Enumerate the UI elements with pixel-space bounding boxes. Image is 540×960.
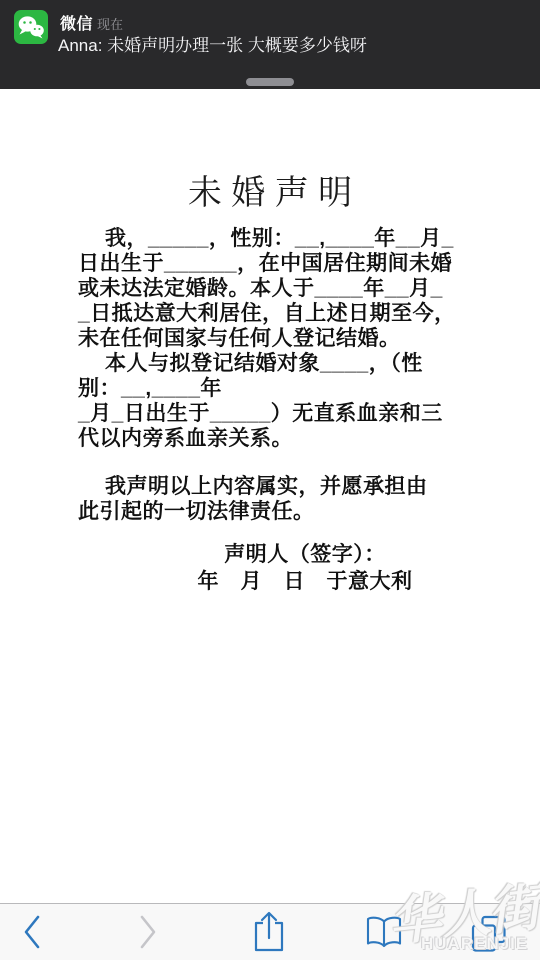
- document-body: 我，_____，性别：__,____年__月_ 日出生于______，在中国居住…: [78, 226, 468, 524]
- document-line: 或未达法定婚龄。本人于____年__月_: [78, 276, 468, 301]
- tabs-icon[interactable]: [470, 914, 508, 952]
- document-line: 我声明以上内容属实，并愿承担由: [78, 474, 468, 499]
- notification-drag-handle[interactable]: [246, 78, 294, 86]
- document-line: 本人与拟登记结婚对象____，（性: [78, 351, 468, 376]
- document-line: 日出生于______，在中国居住期间未婚: [78, 251, 468, 276]
- document-line: 代以内旁系血亲关系。: [78, 426, 468, 451]
- document-page: 未 婚 声 明 我，_____，性别：__,____年__月_ 日出生于____…: [0, 89, 540, 903]
- share-icon[interactable]: [252, 910, 286, 952]
- phone-screen: 微信 现在 Anna: 未婚声明办理一张 大概要多少钱呀 未 婚 声 明 我，_…: [0, 0, 540, 960]
- signature-line: 年 月 日 于意大利: [150, 568, 460, 595]
- back-icon[interactable]: [22, 915, 42, 949]
- document-line: 别：__,____年: [78, 376, 468, 401]
- browser-toolbar: [0, 903, 540, 960]
- bookmarks-icon[interactable]: [366, 916, 402, 949]
- notification-message: Anna: 未婚声明办理一张 大概要多少钱呀: [58, 31, 528, 56]
- document-title: 未 婚 声 明: [0, 165, 540, 214]
- document-line: 此引起的一切法律责任。: [78, 499, 468, 524]
- signature-block: 声明人（签字）： 年 月 日 于意大利: [150, 541, 460, 595]
- document-line: _日抵达意大利居住，自上述日期至今，: [78, 301, 468, 326]
- forward-icon[interactable]: [138, 915, 158, 949]
- document-line: _月_日出生于_____）无直系血亲和三: [78, 401, 468, 426]
- signature-line: 声明人（签字）：: [150, 541, 460, 568]
- wechat-icon: [14, 10, 48, 44]
- document-line: 我，_____，性别：__,____年__月_: [78, 226, 468, 251]
- document-line: 未在任何国家与任何人登记结婚。: [78, 326, 468, 351]
- wechat-notification-banner[interactable]: 微信 现在 Anna: 未婚声明办理一张 大概要多少钱呀: [0, 0, 540, 89]
